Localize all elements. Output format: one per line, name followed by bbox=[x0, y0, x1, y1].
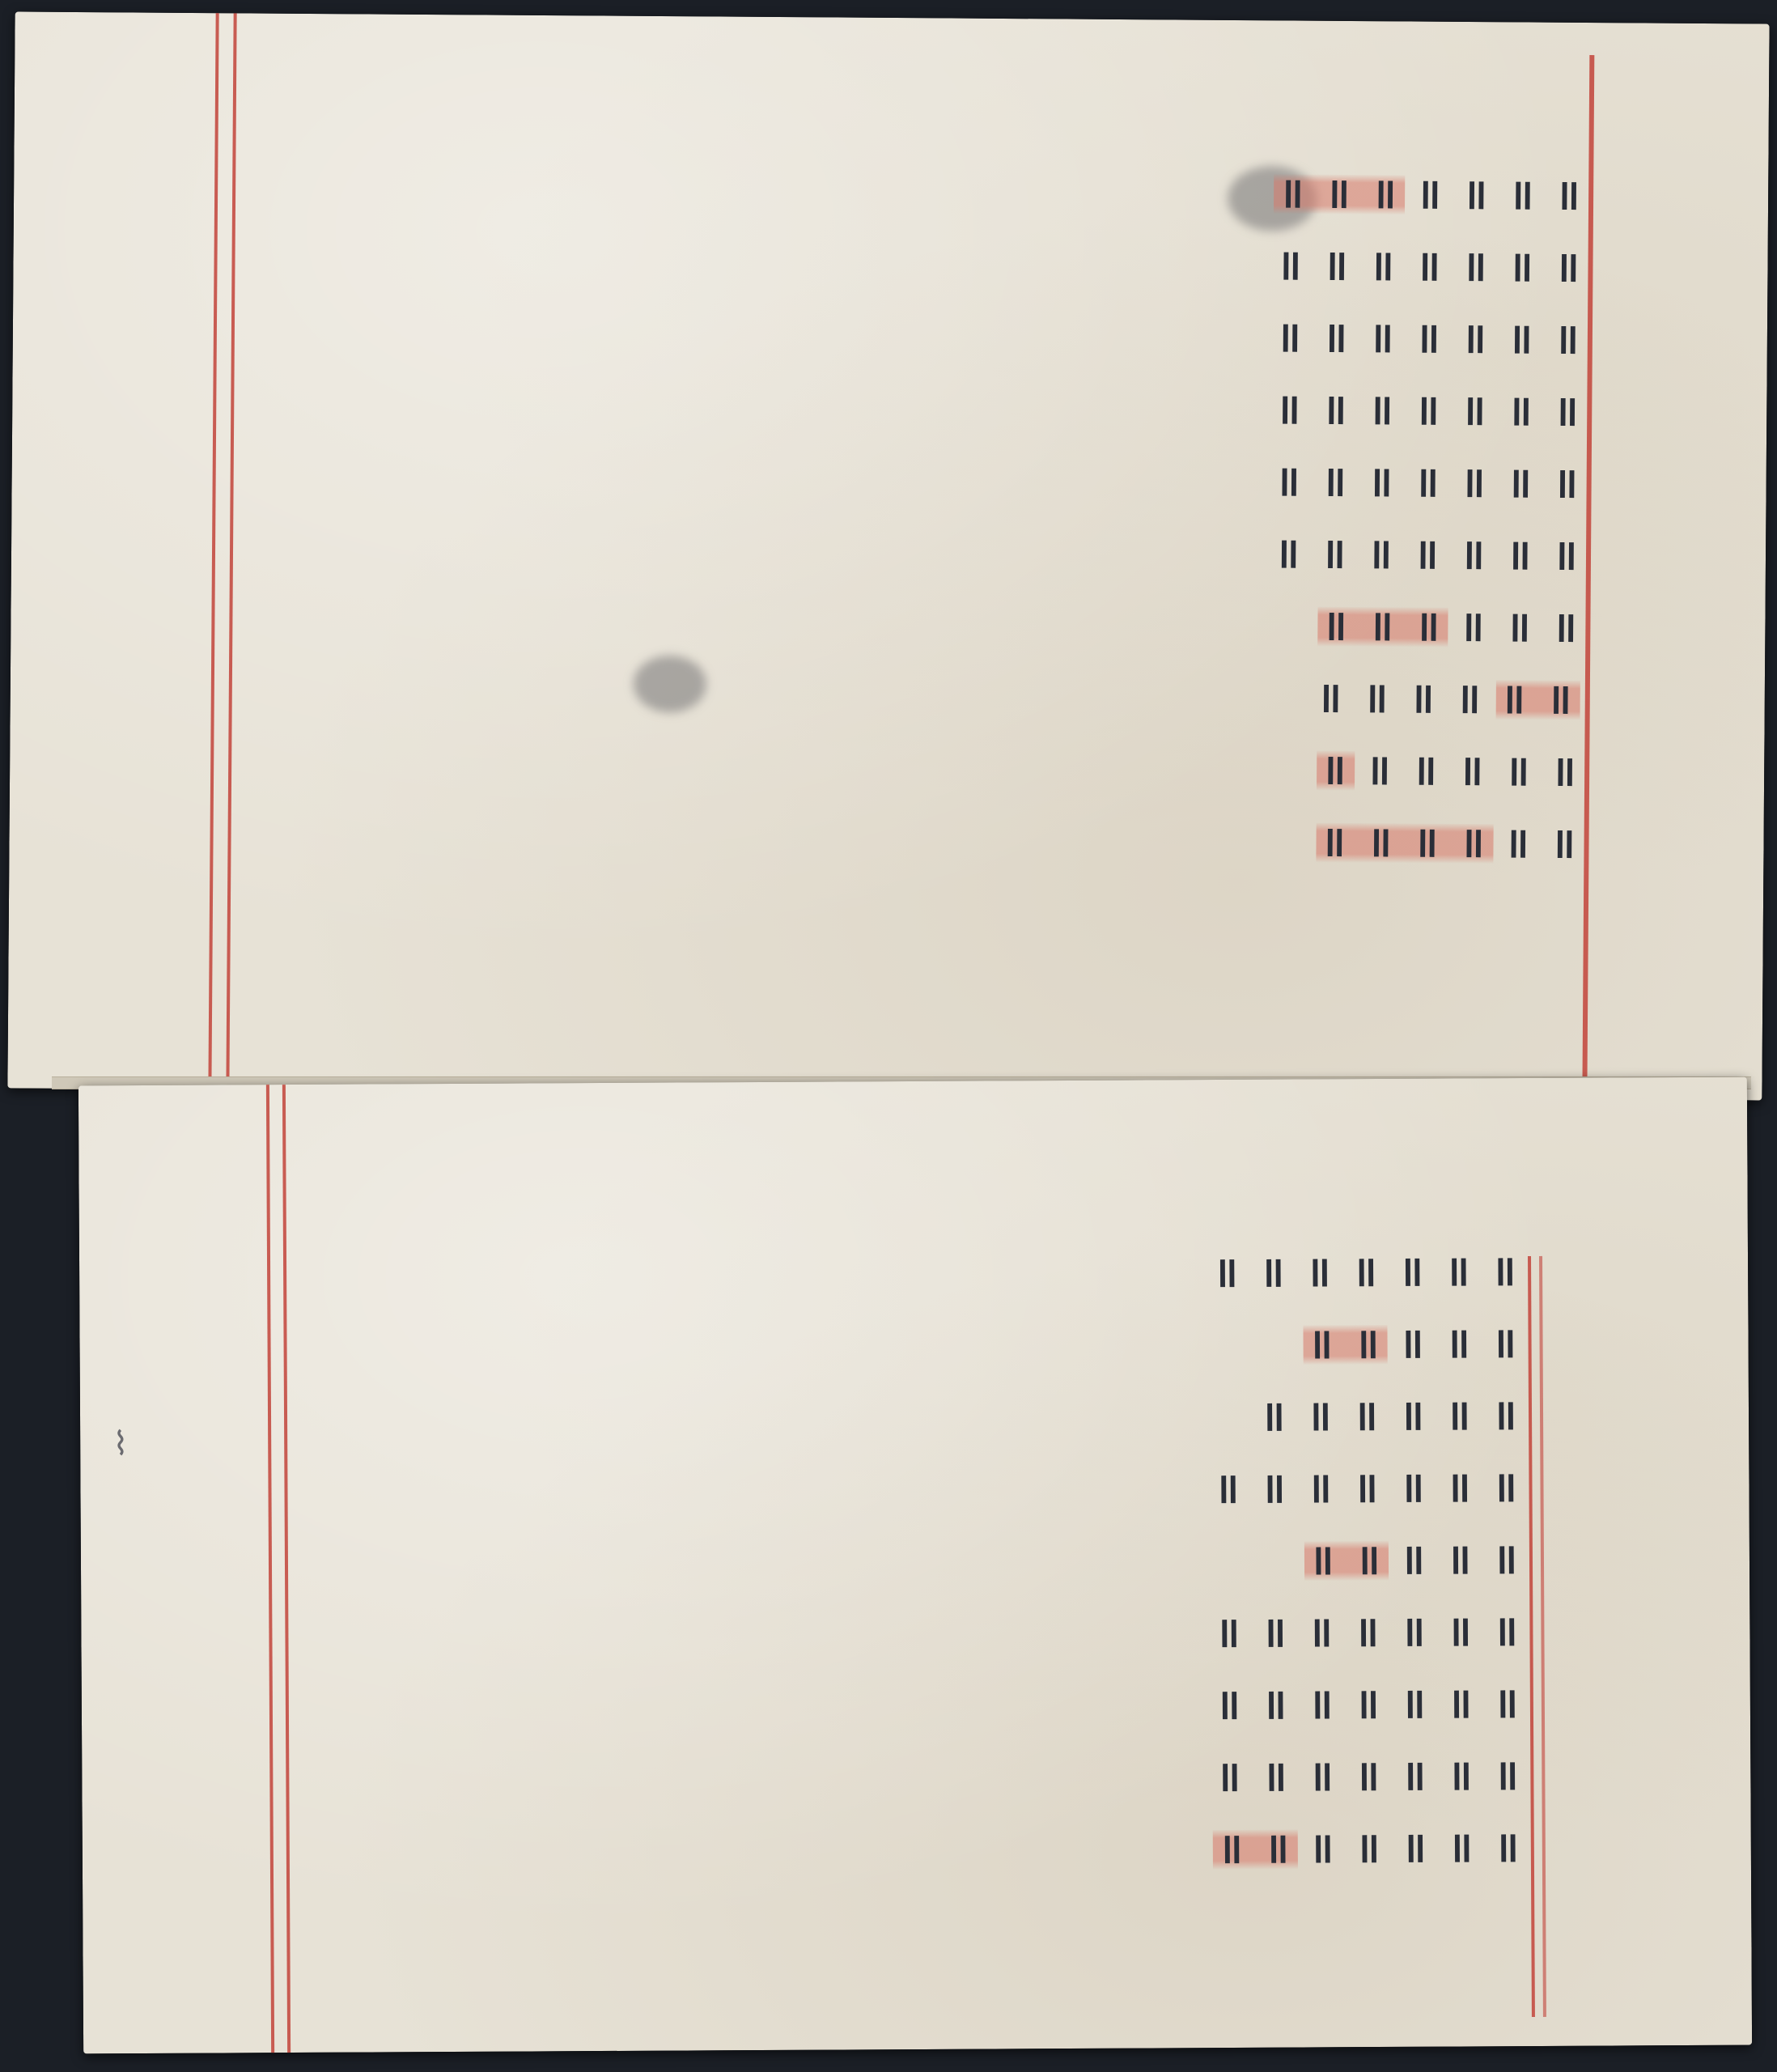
manuscript-text: ॥ ॥ ॥ ॥ ॥ ॥ ॥ bbox=[1274, 529, 1581, 582]
manuscript-line: ॥ ॥ ॥॥ ॥ bbox=[298, 1324, 1520, 1376]
manuscript-line: ॥ ॥ ॥ ॥ ॥ ॥ ॥ bbox=[299, 1612, 1521, 1664]
right-margin-rule-2 bbox=[1539, 1256, 1546, 2017]
manuscript-text: ॥ ॥ ॥ ॥ bbox=[1416, 169, 1584, 222]
left-margin-rule-inner bbox=[226, 13, 236, 1089]
lower-text-block: ॥ ॥ ॥ ॥ ॥ ॥ ॥॥ ॥ ॥॥ ॥॥ ॥ ॥ ॥ ॥ ॥॥ ॥ ॥ ॥ … bbox=[298, 1252, 1523, 1907]
manuscript-line: ॥ ॥ ॥ ॥॥ ॥ ॥ bbox=[257, 168, 1584, 222]
manuscript-text: ॥ ॥ ॥ ॥ ॥ ॥ ॥ bbox=[1213, 1252, 1520, 1304]
manuscript-line: ॥ ॥ ॥ ॥ ॥ ॥ ॥ bbox=[300, 1684, 1522, 1736]
manuscript-text: ॥ ॥ ॥ ॥ ॥ ॥ ॥ bbox=[1275, 384, 1582, 438]
manuscript-line: ॥ ॥ ॥॥ ॥ bbox=[299, 1540, 1521, 1592]
right-margin-rule bbox=[1582, 55, 1594, 1099]
manuscript-line: ॥ ॥॥ ॥ ॥ ॥ bbox=[253, 672, 1580, 726]
manuscript-line: ॥ ॥॥ ॥ ॥ ॥ bbox=[252, 816, 1579, 870]
rubricated-text: ॥ ॥ ॥ bbox=[1274, 168, 1405, 222]
rubricated-text: ॥ ॥ bbox=[1304, 1540, 1389, 1592]
manuscript-text: ॥ ॥ ॥ ॥ ॥ ॥ ॥ bbox=[1216, 1756, 1523, 1808]
manuscript-text: ॥ ॥ ॥ ॥ ॥ bbox=[1366, 745, 1580, 798]
rubricated-text: ॥ ॥ bbox=[1213, 1828, 1298, 1880]
left-margin-rule-inner bbox=[282, 1085, 291, 2053]
manuscript-line: ॥ ॥ ॥ ॥ ॥ ॥ ॥ bbox=[256, 312, 1583, 366]
manuscript-text: ॥ ॥ ॥ bbox=[1399, 1324, 1520, 1376]
manuscript-line: ॥ ॥ ॥ ॥ ॥ ॥ ॥ bbox=[300, 1756, 1522, 1808]
manuscript-text: ॥ ॥ ॥ ॥ ॥ ॥ ॥ bbox=[1275, 456, 1582, 510]
rubricated-text: ॥ bbox=[1317, 745, 1355, 798]
margin-mark: ⌇ bbox=[112, 1425, 129, 1463]
manuscript-line: ॥ ॥ ॥ ॥ ॥॥ bbox=[252, 744, 1580, 798]
upper-folio: ॥ ॥ ॥ ॥॥ ॥ ॥॥ ॥ ॥ ॥ ॥ ॥ ॥॥ ॥ ॥ ॥ ॥ ॥ ॥॥ … bbox=[7, 11, 1769, 1100]
right-margin-rule bbox=[1528, 1256, 1535, 2017]
left-margin-rule-outer bbox=[266, 1085, 274, 2053]
manuscript-line: ॥ ॥ ॥॥ ॥ ॥ bbox=[253, 600, 1580, 654]
rubricated-text: ॥ ॥ ॥ bbox=[1317, 601, 1448, 654]
manuscript-line: ॥ ॥ ॥ ॥ ॥॥ ॥ bbox=[301, 1828, 1523, 1880]
manuscript-text: ॥ ॥ ॥ ॥ ॥ ॥ ॥ bbox=[1215, 1468, 1521, 1520]
left-margin-rule-outer bbox=[208, 13, 218, 1089]
lower-folio: ⌇ ॥ ॥ ॥ ॥ ॥ ॥ ॥॥ ॥ ॥॥ ॥॥ ॥ ॥ ॥ ॥ ॥॥ ॥ ॥ … bbox=[78, 1077, 1752, 2054]
manuscript-text: ॥ ॥ ॥ ॥ ॥ ॥ ॥ bbox=[1215, 1612, 1522, 1664]
manuscript-line: ॥ ॥ ॥ ॥ ॥ ॥ ॥ bbox=[298, 1252, 1520, 1304]
upper-text-block: ॥ ॥ ॥ ॥॥ ॥ ॥॥ ॥ ॥ ॥ ॥ ॥ ॥॥ ॥ ॥ ॥ ॥ ॥ ॥॥ … bbox=[252, 168, 1584, 897]
manuscript-line: ॥ ॥ ॥ ॥ ॥ ॥ ॥ bbox=[256, 240, 1583, 294]
manuscript-line: ॥ ॥ ॥ ॥ ॥ ॥ ॥ bbox=[254, 456, 1581, 510]
manuscript-line: ॥ ॥ ॥ ॥ ॥ ॥ ॥ bbox=[254, 528, 1581, 582]
manuscript-text: ॥ ॥ ॥ ॥ bbox=[1317, 673, 1484, 726]
manuscript-line: ॥ ॥ ॥ ॥ ॥ ॥ ॥ bbox=[255, 384, 1582, 438]
manuscript-text: ॥ ॥ ॥ ॥ ॥ ॥ bbox=[1260, 1396, 1520, 1448]
manuscript-text: ॥ ॥ ॥ ॥ ॥ bbox=[1309, 1828, 1523, 1880]
rubricated-text: ॥ ॥ bbox=[1303, 1324, 1388, 1376]
rubricated-text: ॥ ॥ ॥ ॥ bbox=[1316, 817, 1493, 870]
manuscript-line: ॥ ॥ ॥ ॥ ॥ ॥ bbox=[299, 1396, 1520, 1448]
manuscript-text: ॥ ॥ ॥ bbox=[1459, 601, 1580, 654]
manuscript-text: ॥ ॥ ॥ ॥ ॥ ॥ ॥ bbox=[1276, 312, 1583, 366]
manuscript-text: ॥ ॥ ॥ ॥ ॥ ॥ ॥ bbox=[1277, 240, 1584, 294]
rubricated-text: ॥ ॥ bbox=[1495, 674, 1580, 726]
manuscript-text: ॥ ॥ ॥ bbox=[1400, 1540, 1521, 1592]
manuscript-line: ॥ ॥ ॥ ॥ ॥ ॥ ॥ bbox=[299, 1468, 1520, 1520]
manuscript-text: ॥ ॥ ॥ ॥ ॥ ॥ ॥ bbox=[1215, 1684, 1522, 1736]
manuscript-text: ॥ ॥ bbox=[1504, 818, 1580, 870]
